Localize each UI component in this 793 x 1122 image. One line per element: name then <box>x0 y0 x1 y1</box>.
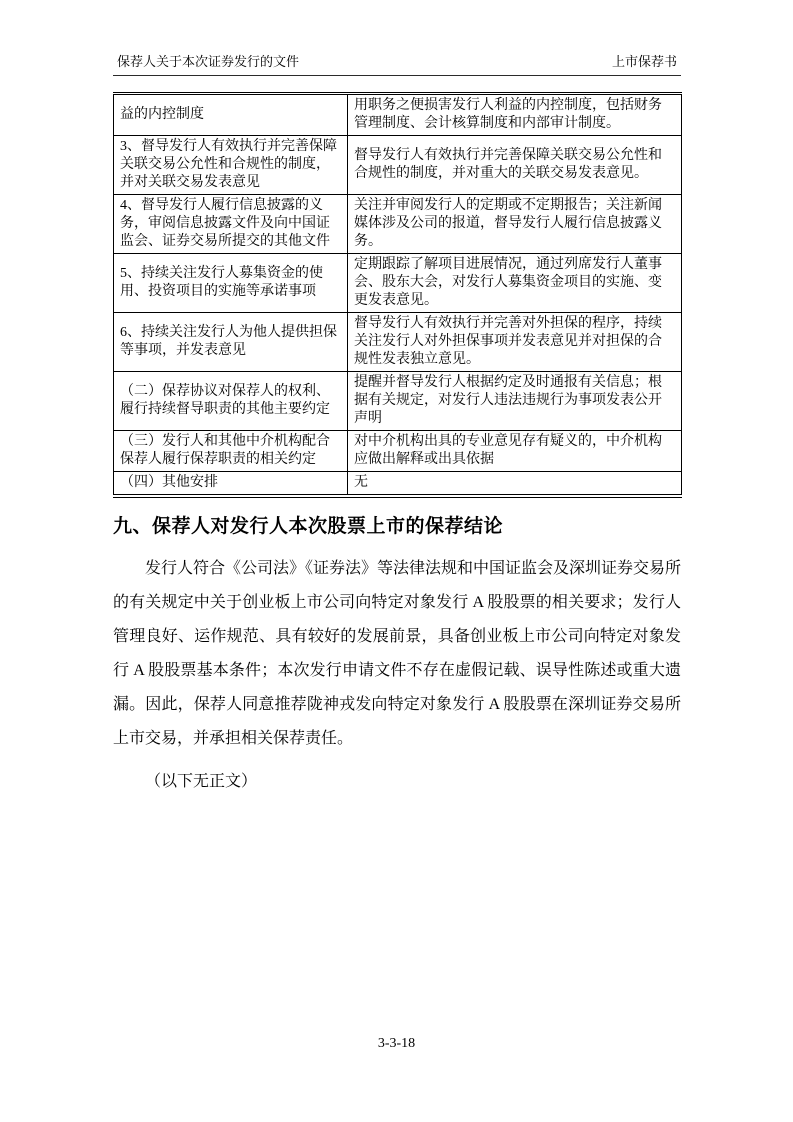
header-left-title: 保荐人关于本次证券发行的文件 <box>117 54 299 70</box>
table-cell-detail: 对中介机构出具的专业意见存有疑义的，中介机构应做出解释或出具依据 <box>348 431 682 472</box>
table-cell-item: 益的内控制度 <box>114 94 348 136</box>
table-cell-detail: 定期跟踪了解项目进展情况，通过列席发行人董事会、股东大会，对发行人募集资金项目的… <box>348 254 682 313</box>
table-cell-detail: 无 <box>348 472 682 497</box>
table-cell-detail: 督导发行人有效执行并完善保障关联交易公允性和合规性的制度，并对重大的关联交易发表… <box>348 136 682 195</box>
table-cell-detail: 关注并审阅发行人的定期或不定期报告；关注新闻媒体涉及公司的报道，督导发行人履行信… <box>348 195 682 254</box>
table-row: 益的内控制度 用职务之便损害发行人利益的内控制度，包括财务管理制度、会计核算制度… <box>114 94 682 136</box>
document-page: 保荐人关于本次证券发行的文件 上市保荐书 益的内控制度 用职务之便损害发行人利益… <box>0 0 793 1122</box>
no-more-text-note: （以下无正文） <box>113 765 681 799</box>
table-cell-detail: 督导发行人有效执行并完善对外担保的程序，持续关注发行人对外担保事项并发表意见并对… <box>348 313 682 372</box>
table-row: 6、持续关注发行人为他人提供担保等事项，并发表意见 督导发行人有效执行并完善对外… <box>114 313 682 372</box>
running-header: 保荐人关于本次证券发行的文件 上市保荐书 <box>113 0 681 76</box>
table-cell-item: （三）发行人和其他中介机构配合保荐人履行保荐职责的相关约定 <box>114 431 348 472</box>
table-row: （三）发行人和其他中介机构配合保荐人履行保荐职责的相关约定 对中介机构出具的专业… <box>114 431 682 472</box>
table-cell-item: 6、持续关注发行人为他人提供担保等事项，并发表意见 <box>114 313 348 372</box>
table-row: 3、督导发行人有效执行并完善保障关联交易公允性和合规性的制度，并对关联交易发表意… <box>114 136 682 195</box>
page-number: 3-3-18 <box>0 1036 793 1052</box>
table-row: （二）保荐协议对保荐人的权利、履行持续督导职责的其他主要约定 提醒并督导发行人根… <box>114 372 682 431</box>
table-row: （四）其他安排 无 <box>114 472 682 497</box>
table-cell-detail: 提醒并督导发行人根据约定及时通报有关信息；根据有关规定，对发行人违法违规行为事项… <box>348 372 682 431</box>
page-content: 保荐人关于本次证券发行的文件 上市保荐书 益的内控制度 用职务之便损害发行人利益… <box>113 0 681 799</box>
table-cell-detail: 用职务之便损害发行人利益的内控制度，包括财务管理制度、会计核算制度和内部审计制度… <box>348 94 682 136</box>
table-cell-item: 3、督导发行人有效执行并完善保障关联交易公允性和合规性的制度，并对关联交易发表意… <box>114 136 348 195</box>
table-cell-item: 5、持续关注发行人募集资金的使用、投资项目的实施等承诺事项 <box>114 254 348 313</box>
table-row: 4、督导发行人履行信息披露的义务，审阅信息披露文件及向中国证监会、证券交易所提交… <box>114 195 682 254</box>
table-cell-item: 4、督导发行人履行信息披露的义务，审阅信息披露文件及向中国证监会、证券交易所提交… <box>114 195 348 254</box>
table-row: 5、持续关注发行人募集资金的使用、投资项目的实施等承诺事项 定期跟踪了解项目进展… <box>114 254 682 313</box>
supervision-duties-table: 益的内控制度 用职务之便损害发行人利益的内控制度，包括财务管理制度、会计核算制度… <box>113 92 682 498</box>
table-cell-item: （二）保荐协议对保荐人的权利、履行持续督导职责的其他主要约定 <box>114 372 348 431</box>
section-heading: 九、保荐人对发行人本次股票上市的保荐结论 <box>113 515 681 539</box>
header-right-title: 上市保荐书 <box>612 54 677 70</box>
conclusion-paragraph: 发行人符合《公司法》《证券法》等法律法规和中国证监会及深圳证券交易所的有关规定中… <box>113 552 681 756</box>
table-cell-item: （四）其他安排 <box>114 472 348 497</box>
